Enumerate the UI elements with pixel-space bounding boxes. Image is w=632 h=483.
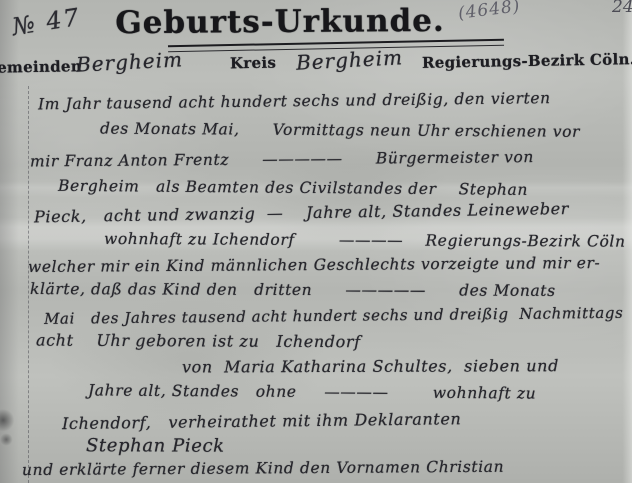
document-line: klärte, daß das Kind den dritten ————— d… (0, 280, 628, 300)
document-line: Ichendorf, verheirathet mit ihm Deklaran… (0, 407, 628, 434)
document-line: Bergheim als Beamten des Civilstandes de… (0, 176, 628, 199)
document-line: wohnhaft zu Ichendorf ———— Regierungs-Be… (0, 229, 628, 250)
document-line: von Maria Katharina Schultes, sieben und (0, 356, 628, 377)
header-field: Regierungs-Bezirk Cöln. (422, 50, 632, 72)
document-line: des Monats Mai, Vormittags neun Uhr ersc… (0, 119, 628, 141)
document-line: Im Jahr tausend acht hundert sechs und d… (0, 88, 628, 114)
document-line: welcher mir ein Kind männlichen Geschlec… (0, 254, 628, 276)
header-field: Kreis (230, 54, 276, 73)
scanned-birth-certificate: № 47 Geburts-Urkunde. (4648) 24 Gemeinde… (0, 0, 632, 483)
document-line: acht Uhr geboren ist zu Ichendorf (0, 330, 628, 352)
header-field: Bergheim (295, 45, 403, 75)
document-line: Jahre alt, Standes ohne ———— wohnhaft zu (0, 381, 628, 403)
corner-annotation: 24 (612, 0, 632, 17)
document-line: mir Franz Anton Frentz ————— Bürgermeist… (0, 147, 628, 170)
document-line: und erklärte ferner diesem Kind den Vorn… (0, 457, 628, 479)
document-title: Geburts-Urkunde. (60, 2, 500, 41)
header-field: Bergheim (75, 47, 183, 77)
header-field: Gemeinden (0, 57, 82, 77)
document-line: Stephan Pieck (0, 435, 628, 458)
document-line: Pieck, acht und zwanzig — Jahre alt, Sta… (0, 198, 628, 227)
document-line: Mai des Jahres tausend acht hundert sech… (0, 304, 628, 329)
